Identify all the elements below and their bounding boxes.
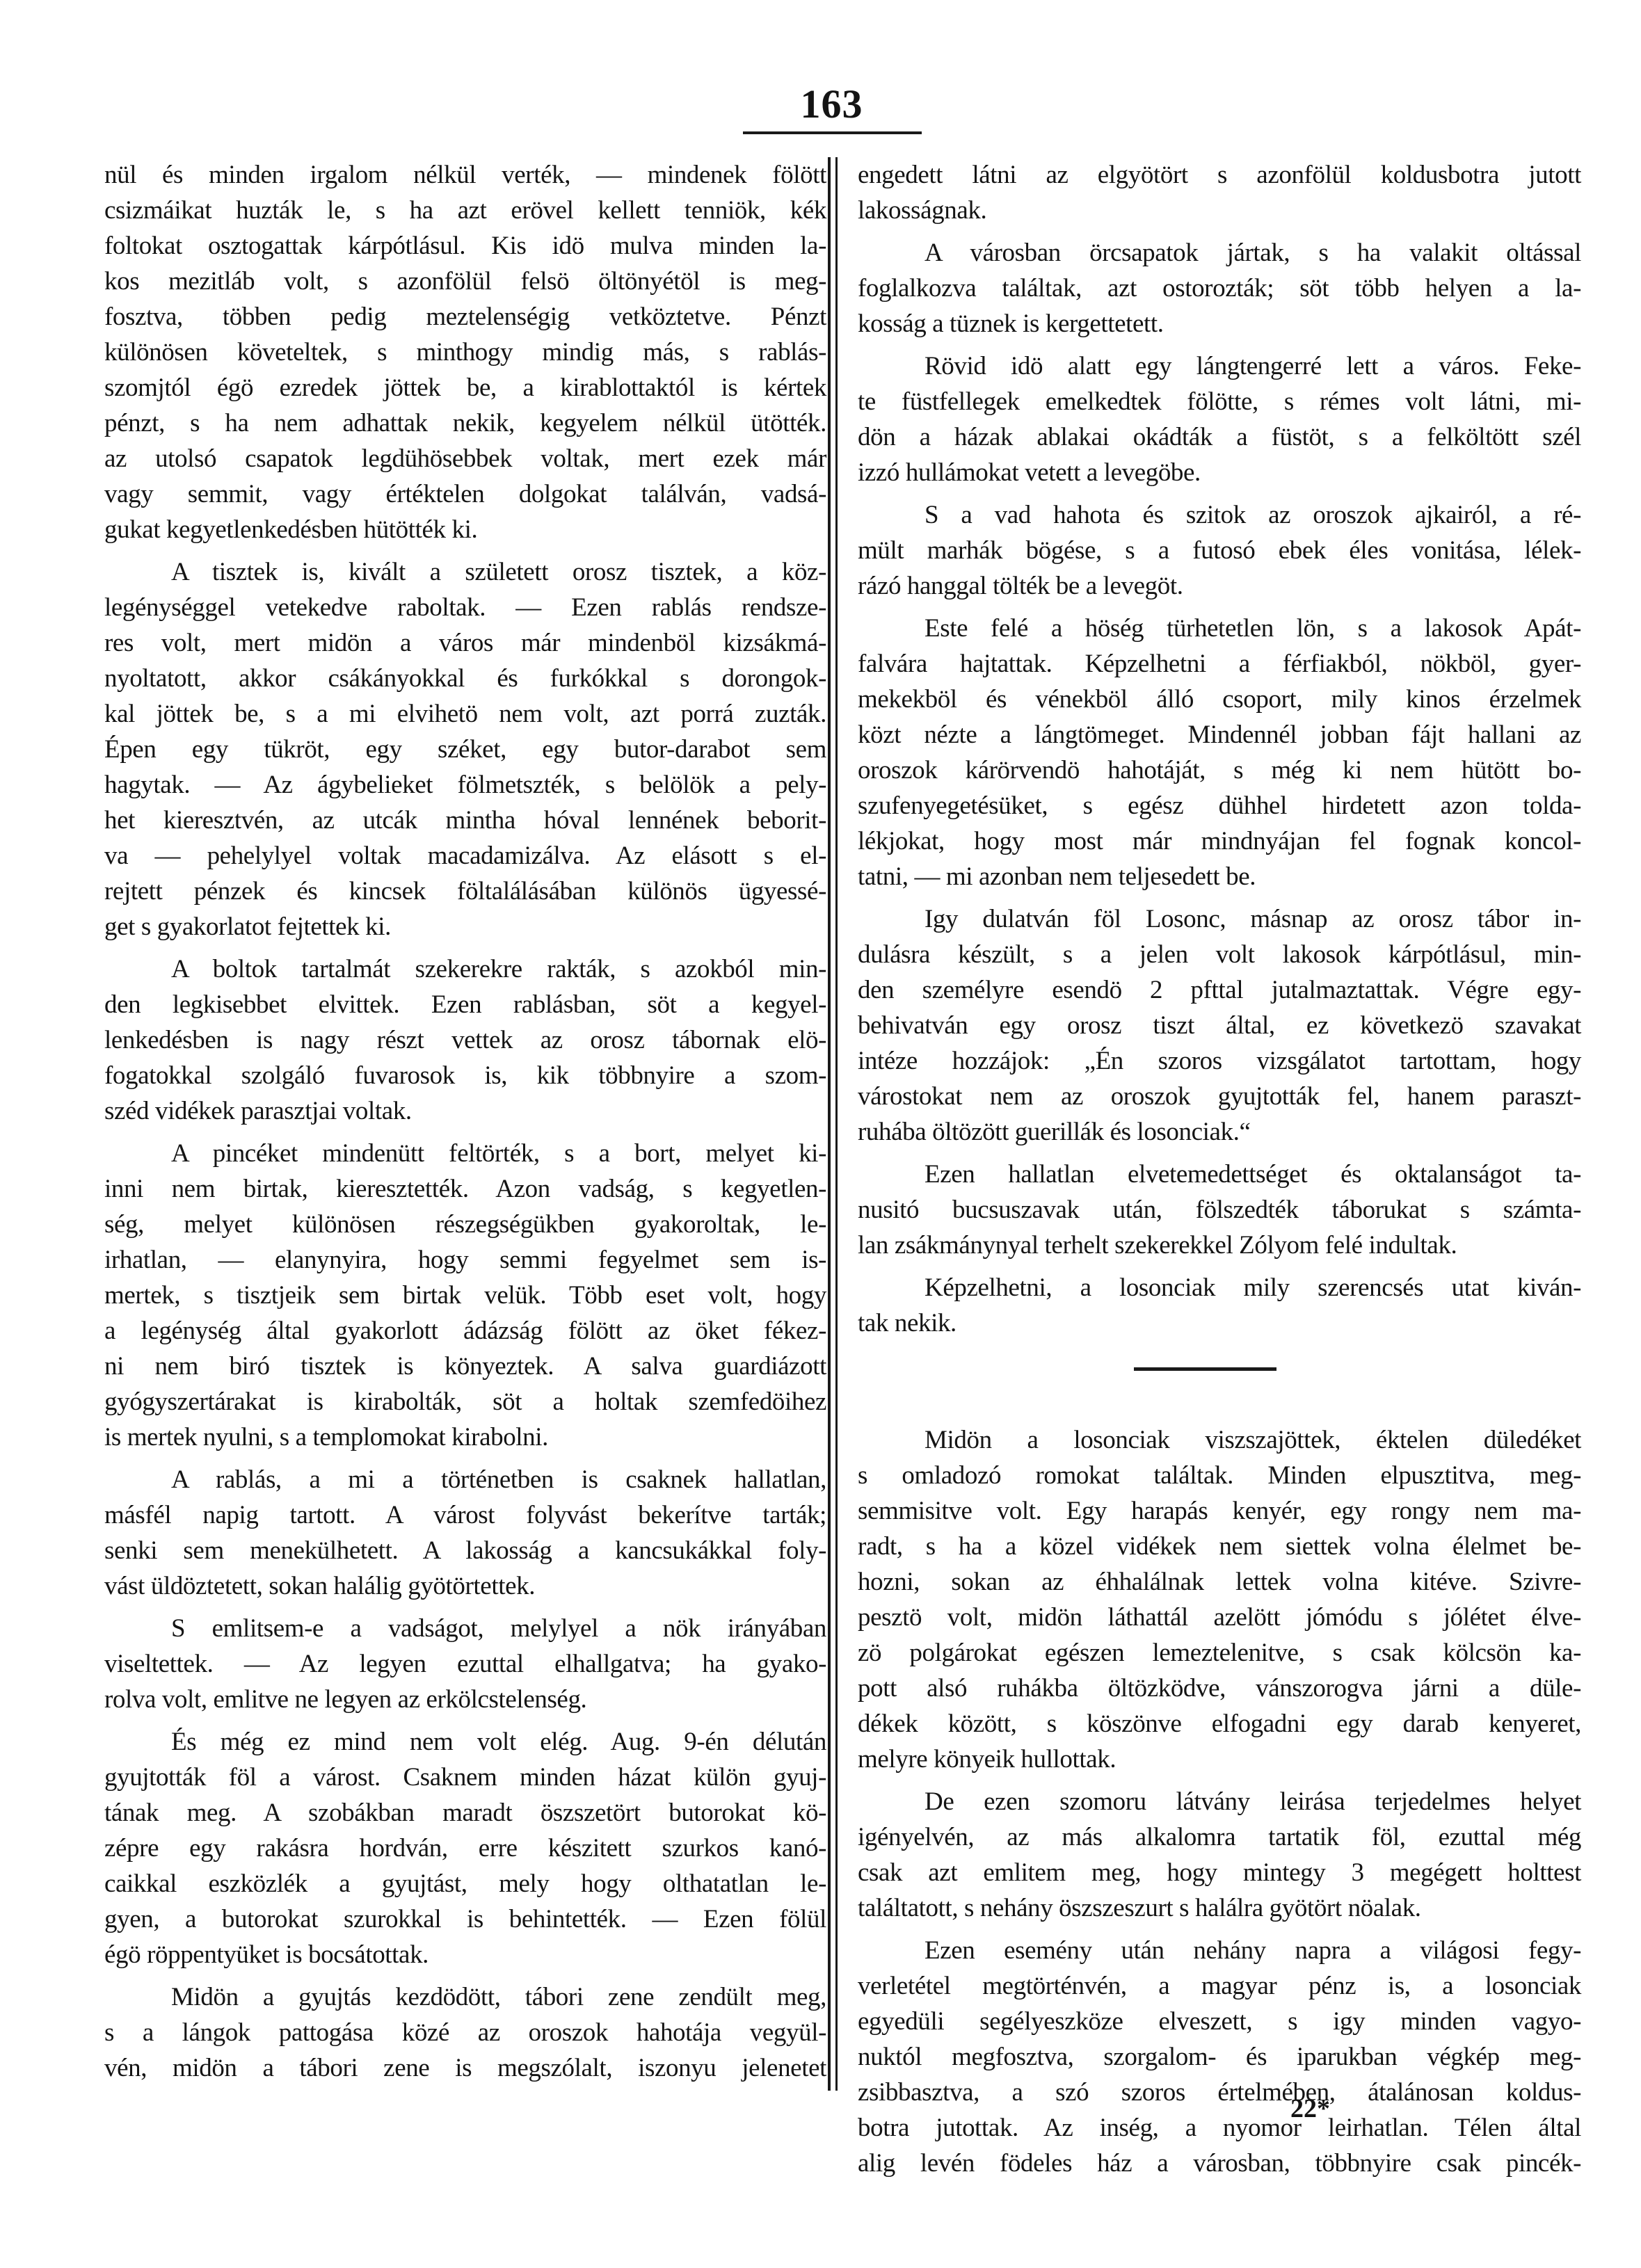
text-line: rázó hanggal tölték be a levegöt. bbox=[858, 568, 1581, 604]
text-line: dön a házak ablakai okádták a füstöt, s … bbox=[858, 419, 1581, 455]
paragraph: A rablás, a mi a történetben is csaknek … bbox=[104, 1462, 826, 1604]
text-line: lan zsákmánynyal terhelt szekerekkel Zól… bbox=[858, 1228, 1581, 1263]
section-separator-rule bbox=[1134, 1367, 1276, 1371]
text-line: Ezen esemény után nehány napra a világos… bbox=[858, 1933, 1581, 1968]
text-line: csak azt emlitem meg, hogy mintegy 3 meg… bbox=[858, 1855, 1581, 1890]
text-line: behivatván egy orosz tiszt által, ez köv… bbox=[858, 1008, 1581, 1043]
paragraph: Képzelhetni, a losonciak mily szerencsés… bbox=[858, 1270, 1581, 1341]
text-line: igényelvén, az más alkalomra tartatik fö… bbox=[858, 1819, 1581, 1855]
paragraph: engedett látni az elgyötört s azonfölül … bbox=[858, 157, 1581, 228]
text-line: izzó hullámokat vetett a levegöbe. bbox=[858, 455, 1581, 490]
paragraph: A városban örcsapatok jártak, s ha valak… bbox=[858, 235, 1581, 341]
text-line: hozni, sokan az éhhalálnak lettek volna … bbox=[858, 1564, 1581, 1600]
text-line: De ezen szomoru látvány leirása terjedel… bbox=[858, 1784, 1581, 1819]
text-line: egyedüli segélyeszköze elveszett, s igy … bbox=[858, 2004, 1581, 2039]
text-line: is mertek nyulni, s a templomokat kirabo… bbox=[104, 1419, 826, 1455]
text-line: semmisitve volt. Egy harapás kenyér, egy… bbox=[858, 1493, 1581, 1529]
text-line: mertek, s tisztjeik sem birtak velük. Tö… bbox=[104, 1278, 826, 1313]
paragraph: Igy dulatván föl Losonc, másnap az orosz… bbox=[858, 901, 1581, 1150]
left-column: nül és minden irgalom nélkül verték, — m… bbox=[104, 157, 826, 2086]
text-line: tak nekik. bbox=[858, 1305, 1581, 1341]
text-line: nyoltatott, akkor csákányokkal és furkók… bbox=[104, 661, 826, 696]
text-line: másfél napig tartott. A várost folyvást … bbox=[104, 1497, 826, 1533]
text-line: pénzt, s ha nem adhattak nekik, kegyelem… bbox=[104, 405, 826, 441]
text-line: radt, s ha a közel vidékek nem siettek v… bbox=[858, 1529, 1581, 1564]
text-line: intéze hozzájok: „Én szoros vizsgálatot … bbox=[858, 1043, 1581, 1079]
text-line: hagytak. — Az ágybelieket fölmetszték, s… bbox=[104, 767, 826, 803]
text-line: zépre egy rakásra hordván, erre készitet… bbox=[104, 1831, 826, 1866]
text-line: kosság a tüznek is kergettetett. bbox=[858, 306, 1581, 341]
text-line: pott alsó ruhákba öltözködve, vánszorogv… bbox=[858, 1671, 1581, 1706]
paragraph: S a vad hahota és szitok az oroszok ajka… bbox=[858, 497, 1581, 604]
text-line: A boltok tartalmát szekerekre rakták, s … bbox=[104, 951, 826, 987]
text-line: nül és minden irgalom nélkül verték, — m… bbox=[104, 157, 826, 193]
paragraph: nül és minden irgalom nélkül verték, — m… bbox=[104, 157, 826, 547]
text-line: És még ez mind nem volt elég. Aug. 9-én … bbox=[104, 1724, 826, 1760]
text-line: res volt, mert midön a város már mindenb… bbox=[104, 625, 826, 661]
text-line: lenkedésben is nagy részt vettek az oros… bbox=[104, 1022, 826, 1058]
text-line: vást üldöztetett, sokan halálig gyötörte… bbox=[104, 1568, 826, 1604]
paragraph: Midön a losonciak viszszajöttek, éktelen… bbox=[858, 1422, 1581, 1777]
text-line: den legkisebbet elvittek. Ezen rablásban… bbox=[104, 987, 826, 1022]
text-line: senki sem menekülhetett. A lakosság a ka… bbox=[104, 1533, 826, 1568]
text-line: A pincéket mindenütt feltörték, s a bort… bbox=[104, 1136, 826, 1171]
paragraph: Ezen esemény után nehány napra a világos… bbox=[858, 1933, 1581, 2181]
text-line: foltokat osztogattak kárpótlásul. Kis id… bbox=[104, 228, 826, 264]
text-line: dulásra készült, s a jelen volt lakosok … bbox=[858, 937, 1581, 972]
paragraph: És még ez mind nem volt elég. Aug. 9-én … bbox=[104, 1724, 826, 1972]
text-line: A tisztek is, kivált a született orosz t… bbox=[104, 554, 826, 590]
text-line: alig levén födeles ház a városban, többn… bbox=[858, 2146, 1581, 2181]
paragraph: A tisztek is, kivált a született orosz t… bbox=[104, 554, 826, 944]
text-line: Midön a gyujtás kezdödött, tábori zene z… bbox=[104, 1979, 826, 2015]
text-line: caikkal eszközlék a gyujtást, mely hogy … bbox=[104, 1866, 826, 1901]
page-number: 163 bbox=[743, 82, 920, 127]
text-line: Midön a losonciak viszszajöttek, éktelen… bbox=[858, 1422, 1581, 1458]
text-line: gyen, a butorokat szurokkal is behintett… bbox=[104, 1901, 826, 1937]
text-line: égö röppentyüket is bocsátottak. bbox=[104, 1937, 826, 1972]
text-line: Épen egy tükröt, egy széket, egy butor-d… bbox=[104, 732, 826, 767]
text-line: kal jöttek be, s a mi elvihetö nem volt,… bbox=[104, 696, 826, 732]
text-line: inni nem birtak, kieresztették. Azon vad… bbox=[104, 1171, 826, 1207]
text-line: viseltettek. — Az legyen ezuttal elhallg… bbox=[104, 1646, 826, 1682]
text-line: szufenyegetésüket, s egész dühhel hirdet… bbox=[858, 788, 1581, 823]
text-line: találtatott, s nehány öszszeszurt s halá… bbox=[858, 1890, 1581, 1926]
paragraph: De ezen szomoru látvány leirása terjedel… bbox=[858, 1784, 1581, 1926]
text-line: s omladozó romokat találtak. Minden elpu… bbox=[858, 1458, 1581, 1493]
text-line: tának meg. A szobákban maradt öszszetört… bbox=[104, 1795, 826, 1831]
text-line: várostokat nem az oroszok gyujtották fel… bbox=[858, 1079, 1581, 1114]
text-line: S emlitsem-e a vadságot, melylyel a nök … bbox=[104, 1611, 826, 1646]
text-line: botra jutottak. Az inség, a nyomor leirh… bbox=[858, 2110, 1581, 2146]
text-line: ruhába öltözött guerillák és losonciak.“ bbox=[858, 1114, 1581, 1150]
text-line: rejtett pénzek és kincsek föltalálásában… bbox=[104, 874, 826, 909]
text-line: csizmáikat huzták le, s ha azt erövel ke… bbox=[104, 193, 826, 228]
text-line: ség, melyet különösen részegségükben gya… bbox=[104, 1207, 826, 1242]
text-line: mekekböl és vénekböl álló csoport, mily … bbox=[858, 682, 1581, 717]
text-line: A városban örcsapatok jártak, s ha valak… bbox=[858, 235, 1581, 271]
paragraph: A boltok tartalmát szekerekre rakták, s … bbox=[104, 951, 826, 1129]
text-line: engedett látni az elgyötört s azonfölül … bbox=[858, 157, 1581, 193]
paragraph: S emlitsem-e a vadságot, melylyel a nök … bbox=[104, 1611, 826, 1717]
text-line: get s gyakorlatot fejtettek ki. bbox=[104, 909, 826, 944]
text-line: különösen követeltek, s minthogy mindig … bbox=[104, 335, 826, 370]
text-line: fogatokkal szolgáló fuvarosok is, kik tö… bbox=[104, 1058, 826, 1093]
text-line: a legénység által gyakorlott ádázság föl… bbox=[104, 1313, 826, 1349]
paragraph: Este felé a höség türhetetlen lön, s a l… bbox=[858, 611, 1581, 894]
text-line: kos mezitláb volt, s azonfölül felsö ölt… bbox=[104, 264, 826, 299]
text-line: az utolsó csapatok legdühösebbek voltak,… bbox=[104, 441, 826, 476]
text-line: széd vidékek parasztjai voltak. bbox=[104, 1093, 826, 1129]
header-rule bbox=[743, 131, 922, 134]
text-line: zsibbasztva, a szó szoros értelmében, át… bbox=[858, 2075, 1581, 2110]
signature-mark: 22* bbox=[1290, 2093, 1330, 2124]
text-line: Rövid idö alatt egy lángtengerré lett a … bbox=[858, 348, 1581, 384]
text-line: szomjtól égö ezredek jöttek be, a kirabl… bbox=[104, 370, 826, 405]
text-line: S a vad hahota és szitok az oroszok ajka… bbox=[858, 497, 1581, 533]
text-line: het kieresztvén, az utcák mintha hóval l… bbox=[104, 803, 826, 838]
right-column-after-rule: Midön a losonciak viszszajöttek, éktelen… bbox=[858, 1422, 1581, 2181]
text-line: mült marhák bögése, s a futosó ebek éles… bbox=[858, 533, 1581, 568]
text-line: gyujtották föl a várost. Csaknem minden … bbox=[104, 1760, 826, 1795]
text-line: Képzelhetni, a losonciak mily szerencsés… bbox=[858, 1270, 1581, 1305]
column-divider bbox=[828, 157, 838, 2091]
text-line: közt nézte a lángtömeget. Mindennél jobb… bbox=[858, 717, 1581, 753]
text-line: pesztö volt, midön láthattál azelött jóm… bbox=[858, 1600, 1581, 1635]
text-line: zö polgárokat egészen lemeztelenitve, s … bbox=[858, 1635, 1581, 1671]
text-line: lakosságnak. bbox=[858, 193, 1581, 228]
text-line: va — pehelylyel voltak macadamizálva. Az… bbox=[104, 838, 826, 874]
text-line: lékjokat, hogy most már mindnyájan fel f… bbox=[858, 823, 1581, 859]
text-line: falvára hajtattak. Képzelhetni a férfiak… bbox=[858, 646, 1581, 682]
paragraph: Midön a gyujtás kezdödött, tábori zene z… bbox=[104, 1979, 826, 2086]
text-line: oroszok kárörvendö hahotáját, s még ki n… bbox=[858, 753, 1581, 788]
text-line: Igy dulatván föl Losonc, másnap az orosz… bbox=[858, 901, 1581, 937]
text-line: fosztva, többen pedig meztelenségig vetk… bbox=[104, 299, 826, 335]
text-line: irhatlan, — elanynyira, hogy semmi fegye… bbox=[104, 1242, 826, 1278]
text-line: Ezen hallatlan elvetemedettséget és okta… bbox=[858, 1157, 1581, 1192]
text-line: vén, midön a tábori zene is megszólalt, … bbox=[104, 2050, 826, 2086]
text-line: tatni, — mi azonban nem teljesedett be. bbox=[858, 859, 1581, 894]
text-line: legénységgel vetekedve raboltak. — Ezen … bbox=[104, 590, 826, 625]
right-column-before-rule: engedett látni az elgyötört s azonfölül … bbox=[858, 157, 1581, 1341]
paragraph: Rövid idö alatt egy lángtengerré lett a … bbox=[858, 348, 1581, 490]
text-line: foglalkozva találtak, azt ostorozták; sö… bbox=[858, 271, 1581, 306]
text-line: dékek között, s köszönve elfogadni egy d… bbox=[858, 1706, 1581, 1742]
paragraph: Ezen hallatlan elvetemedettséget és okta… bbox=[858, 1157, 1581, 1263]
text-line: A rablás, a mi a történetben is csaknek … bbox=[104, 1462, 826, 1497]
text-line: gyógyszertárakat is kirabolták, söt a ho… bbox=[104, 1384, 826, 1419]
text-line: den személyre esendö 2 pfttal jutalmazta… bbox=[858, 972, 1581, 1008]
text-line: Este felé a höség türhetetlen lön, s a l… bbox=[858, 611, 1581, 646]
text-line: te füstfellegek emelkedtek fölötte, s ré… bbox=[858, 384, 1581, 419]
text-line: ni nem biró tisztek is könyeztek. A salv… bbox=[104, 1349, 826, 1384]
text-line: melyre könyeik hullottak. bbox=[858, 1742, 1581, 1777]
text-line: verletétel megtörténvén, a magyar pénz i… bbox=[858, 1968, 1581, 2004]
text-line: rolva volt, emlitve ne legyen az erkölcs… bbox=[104, 1682, 826, 1717]
text-line: vagy semmit, vagy értéktelen dolgokat ta… bbox=[104, 476, 826, 512]
text-line: nusitó bucsuszavak után, fölszedték tábo… bbox=[858, 1192, 1581, 1228]
paragraph: A pincéket mindenütt feltörték, s a bort… bbox=[104, 1136, 826, 1455]
text-line: nuktól megfosztva, szorgalom- és iparukb… bbox=[858, 2039, 1581, 2075]
text-line: s a lángok pattogása közé az oroszok hah… bbox=[104, 2015, 826, 2050]
right-column: engedett látni az elgyötört s azonfölül … bbox=[858, 157, 1581, 2181]
text-line: gukat kegyetlenkedésben hütötték ki. bbox=[104, 512, 826, 547]
